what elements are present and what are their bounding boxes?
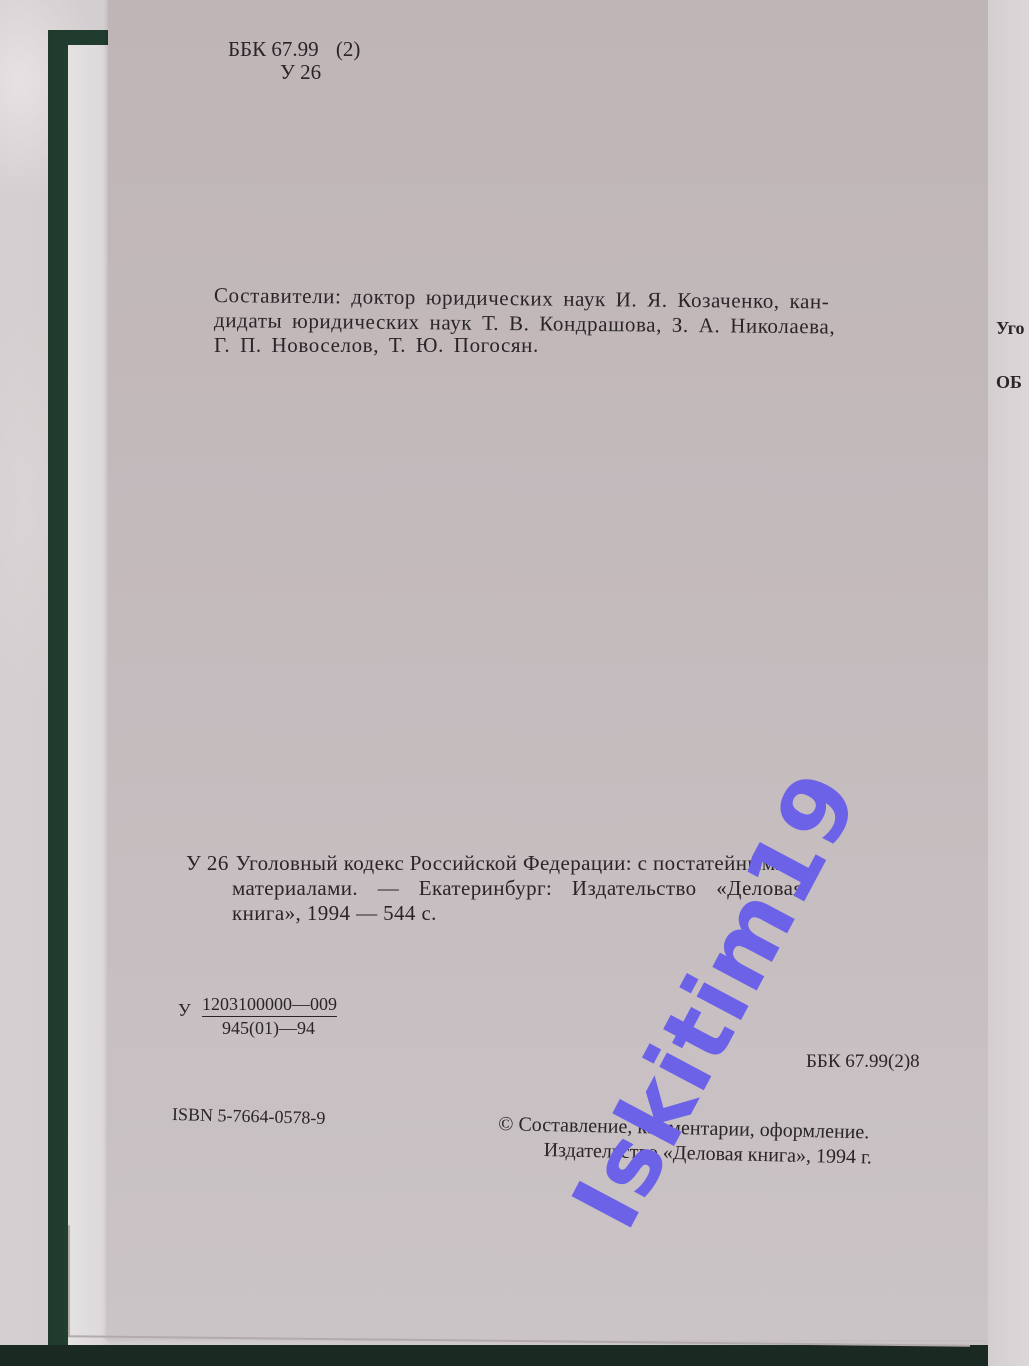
bbk-label: ББК bbox=[228, 37, 266, 61]
bbk-classification-top: ББК 67.99 (2) У 26 bbox=[228, 38, 360, 84]
catalog-mark: У 26 bbox=[186, 851, 216, 876]
book-cover-bottom bbox=[0, 1345, 1029, 1366]
catalog-line: Уголовный кодекс Российской Федерации: с… bbox=[222, 851, 788, 875]
fraction-denominator: 945(01)—94 bbox=[222, 1018, 315, 1039]
fraction-prefix: У bbox=[178, 1000, 191, 1021]
fraction-numerator: 1203100000—009 bbox=[202, 994, 337, 1017]
bbk-code: 67.99 bbox=[271, 37, 318, 61]
bbk-classification-bottom: ББК 67.99(2)8 bbox=[806, 1051, 920, 1073]
isbn: ISBN 5-7664-0578-9 bbox=[172, 1104, 326, 1129]
adjacent-page-fragment: Уго bbox=[996, 318, 1024, 339]
adjacent-page-fragment: ОБ bbox=[996, 372, 1022, 393]
author-mark: У 26 bbox=[228, 61, 360, 84]
page-stack-edge bbox=[68, 45, 113, 1355]
compilers-block: Составители: доктор юридических наук И. … bbox=[214, 283, 835, 358]
bbk-subcode: (2) bbox=[336, 37, 361, 61]
adjacent-page: Уго ОБ bbox=[988, 0, 1029, 1366]
